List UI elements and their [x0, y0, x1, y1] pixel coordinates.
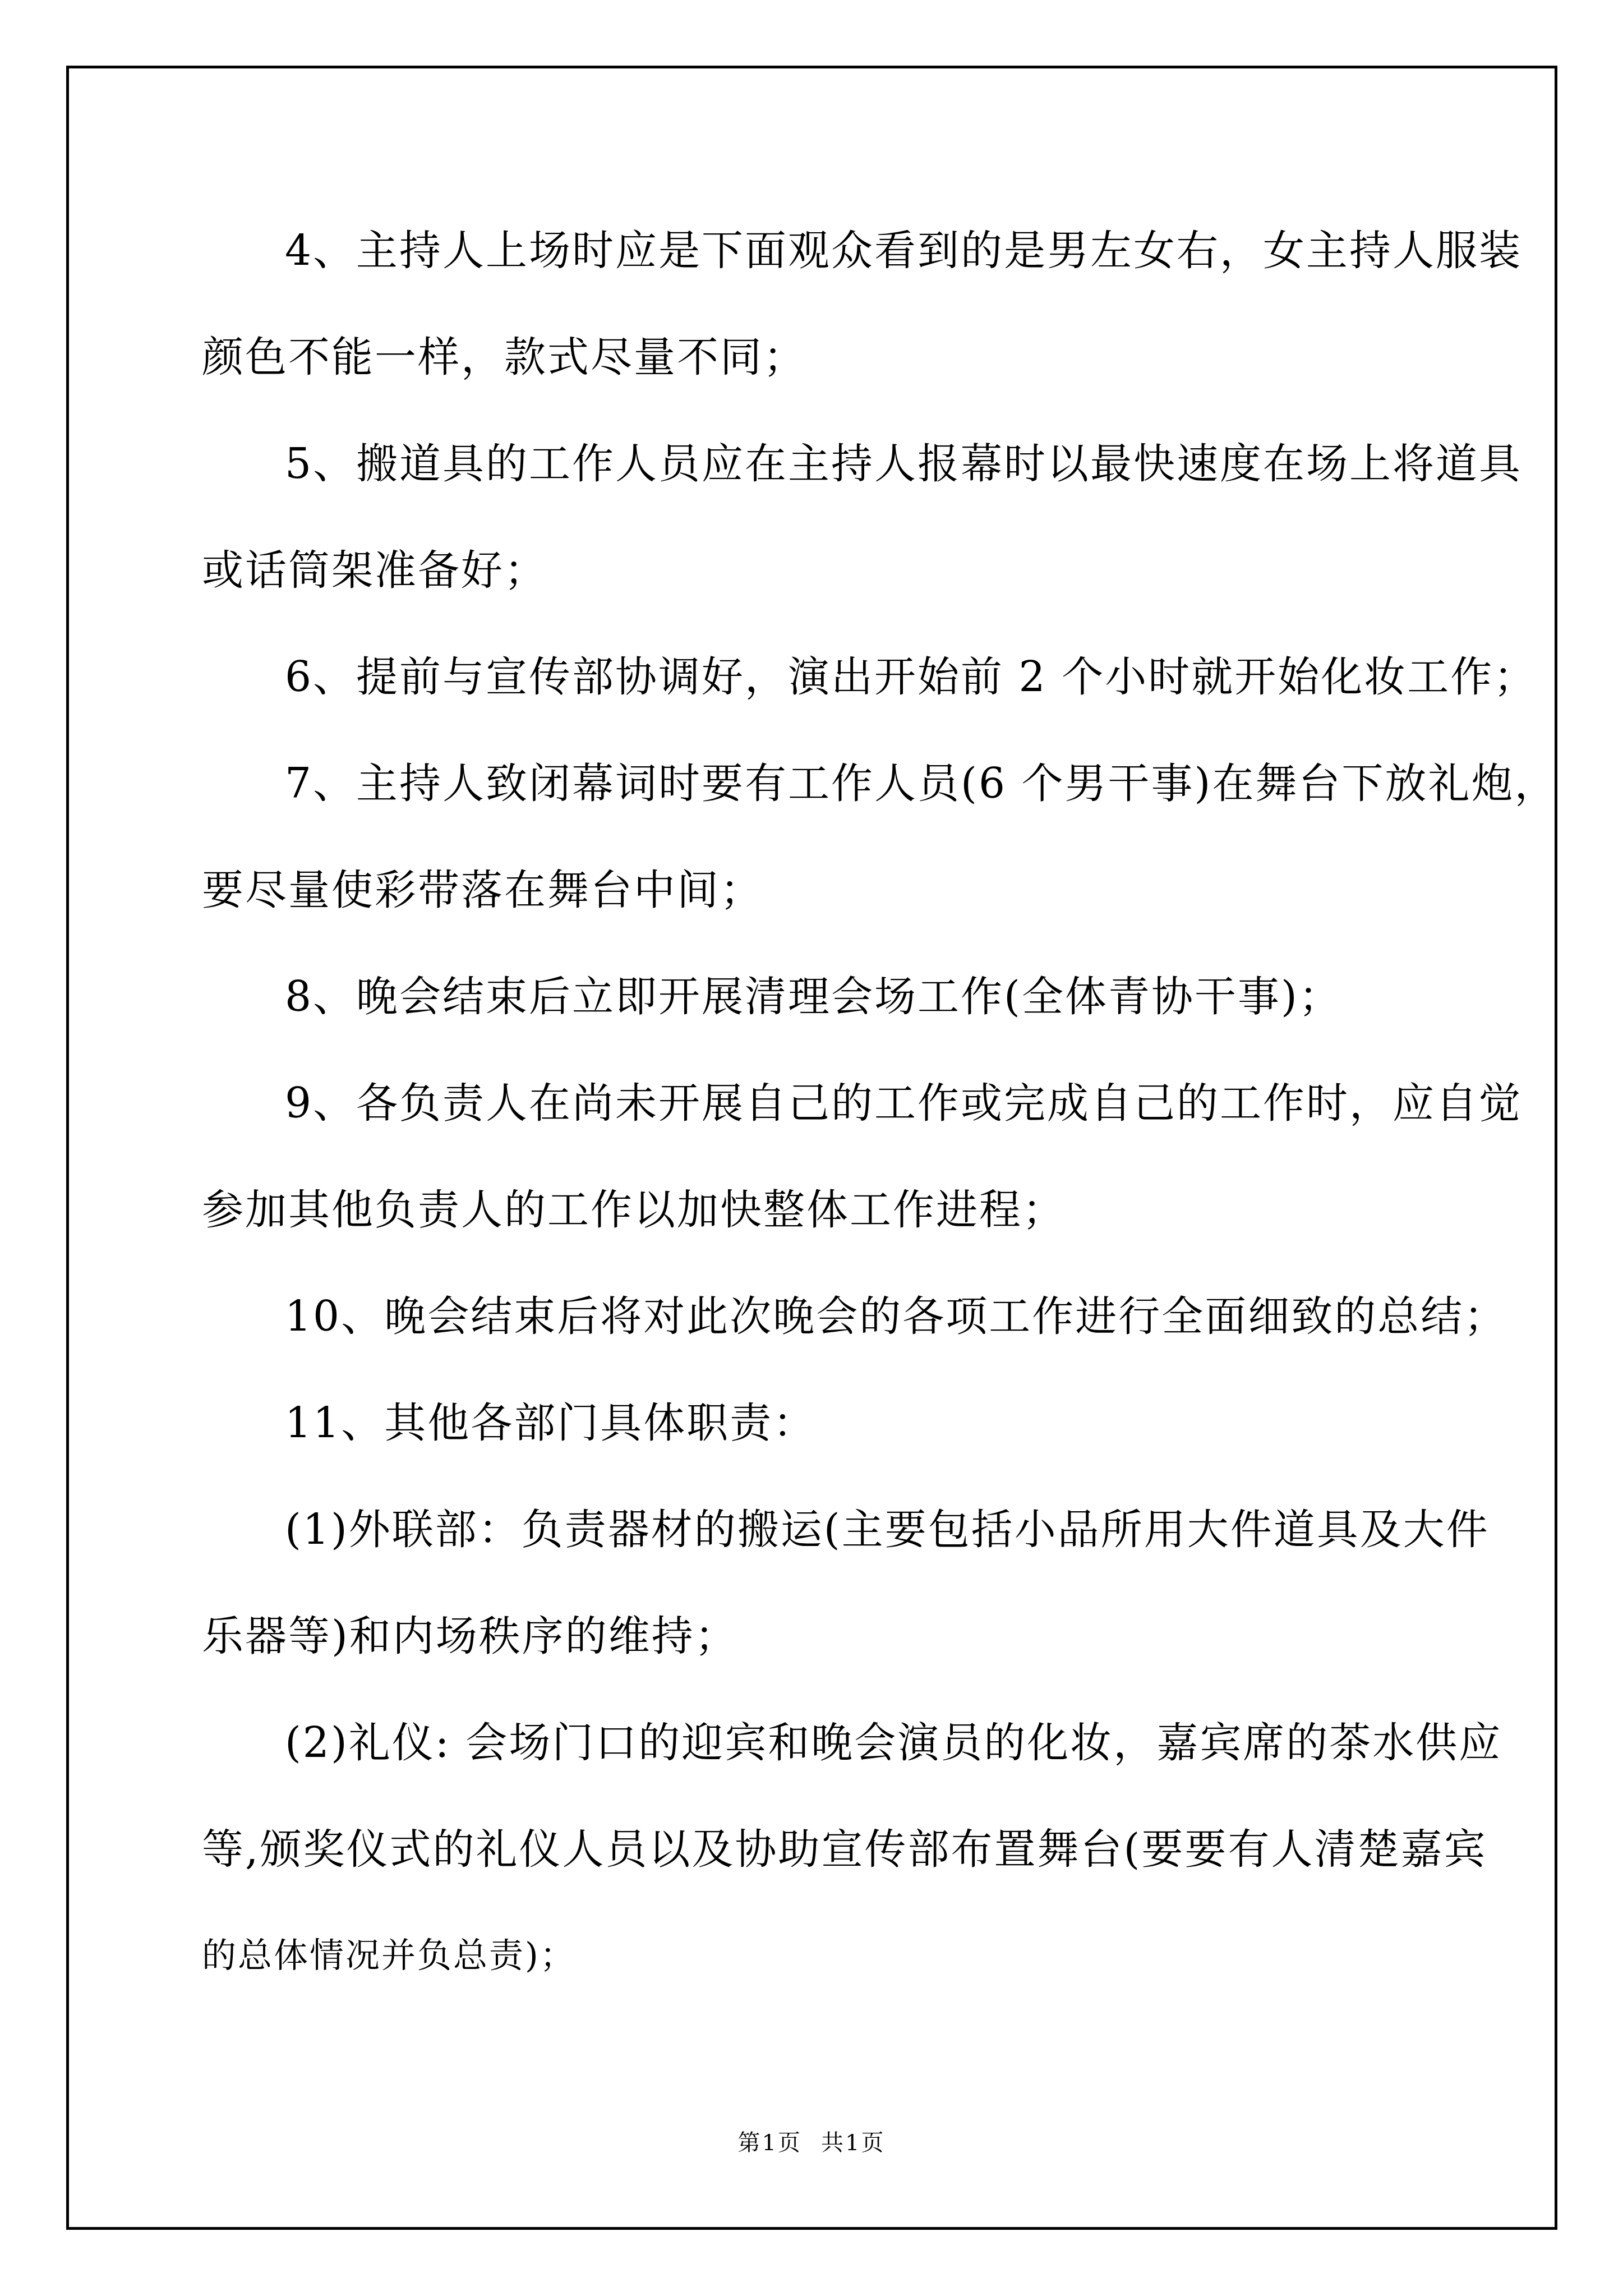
- text-line: 9、各负责人在尚未开展自己的工作或完成自己的工作时，应自觉: [202, 1050, 1469, 1157]
- text-line: 参加其他负责人的工作以加快整体工作进程；: [202, 1157, 1469, 1263]
- text-line: (1)外联部：负责器材的搬运(主要包括小品所用大件道具及大件: [202, 1476, 1469, 1583]
- text-line: 10、晚会结束后将对此次晚会的各项工作进行全面细致的总结；: [202, 1263, 1469, 1370]
- text-line: 5、搬道具的工作人员应在主持人报幕时以最快速度在场上将道具: [202, 411, 1469, 517]
- text-line: 乐器等)和内场秩序的维持；: [202, 1583, 1469, 1690]
- text-line: (2)礼仪: 会场门口的迎宾和晚会演员的化妆，嘉宾席的茶水供应: [202, 1690, 1469, 1796]
- text-line: 7、主持人致闭幕词时要有工作人员(6 个男干事)在舞台下放礼炮，: [202, 730, 1469, 837]
- text-line: 颜色不能一样，款式尽量不同；: [202, 304, 1469, 411]
- text-line: 6、提前与宣传部协调好，演出开始前 2 个小时就开始化妆工作；: [202, 624, 1469, 730]
- text-line: 或话筒架准备好；: [202, 517, 1469, 624]
- text-line: 4、主持人上场时应是下面观众看到的是男左女右，女主持人服装: [202, 197, 1469, 304]
- page-number-current: 第1页: [738, 2125, 802, 2157]
- page-number-total: 共1页: [821, 2125, 885, 2157]
- page-footer: 第1页共1页: [0, 2125, 1623, 2157]
- document-page: 4、主持人上场时应是下面观众看到的是男左女右，女主持人服装 颜色不能一样，款式尽…: [0, 0, 1623, 2296]
- text-line: 的总体情况并负总责)；: [202, 1903, 1469, 2009]
- text-line: 要尽量使彩带落在舞台中间；: [202, 837, 1469, 944]
- text-line: 11、其他各部门具体职责：: [202, 1370, 1469, 1476]
- text-line: 8、晚会结束后立即开展清理会场工作(全体青协干事)；: [202, 944, 1469, 1050]
- document-body: 4、主持人上场时应是下面观众看到的是男左女右，女主持人服装 颜色不能一样，款式尽…: [202, 197, 1469, 2009]
- text-line: 等,颁奖仪式的礼仪人员以及协助宣传部布置舞台(要要有人清楚嘉宾: [202, 1796, 1469, 1903]
